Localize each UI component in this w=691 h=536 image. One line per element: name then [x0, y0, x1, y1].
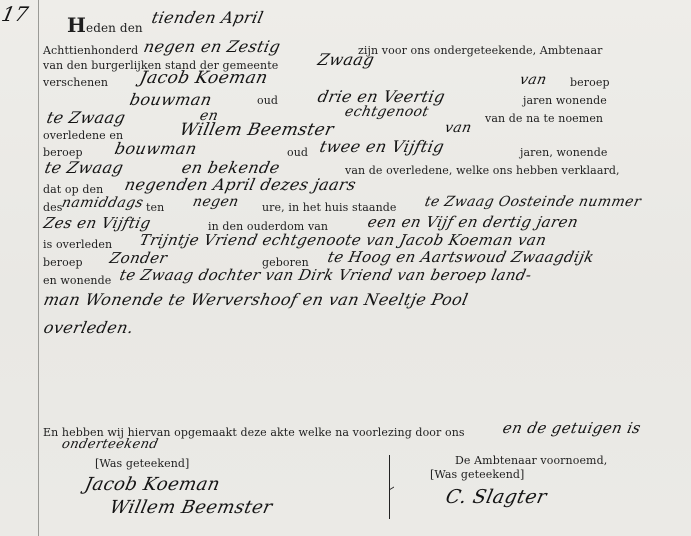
printed-beroep-3: beroep — [43, 256, 83, 269]
hw-house-number: Zes en Vijftig — [42, 214, 152, 232]
printed-line2-tail: zijn voor ons ondergeteekende, Ambtenaar — [358, 44, 603, 57]
ambtenaar-label: De Ambtenaar voornoemd, — [455, 454, 607, 467]
bracket-divider — [389, 455, 400, 519]
margin-rule — [38, 0, 39, 536]
hw-line-end: overleden. — [42, 318, 136, 337]
printed-na-te-noemen: van de na te noemen — [485, 112, 603, 125]
hw-hour: negen — [191, 194, 240, 210]
hw-closing-add2: onderteekend — [60, 437, 159, 452]
printed-achttienhonderd: Achttienhonderd — [43, 44, 138, 57]
printed-oud-1: oud — [257, 94, 278, 107]
hw-residence-1: te Zwaag — [45, 108, 127, 127]
hw-residence-2: te Zwaag — [43, 158, 125, 177]
signature-jacob-koeman: Jacob Koeman — [83, 474, 222, 495]
hw-relation-echtgenoot: echtgenoot — [343, 104, 430, 120]
printed-en-wonende: en wonende — [43, 274, 111, 287]
hw-occupation-2: bouwman — [113, 139, 199, 158]
hw-house: te Zwaag Oosteinde nummer — [423, 194, 642, 210]
printed-verschenen: verschenen — [43, 76, 108, 89]
was-geteekend-left: [Was geteekend] — [95, 457, 189, 470]
hw-line-cont: man Wonende te Wervershoof en van Neeltj… — [42, 290, 470, 309]
heden-den: Heden den — [67, 13, 143, 37]
hw-age-deceased: een en Vijf en dertig jaren — [366, 213, 580, 231]
printed-overledene-en: overledene en — [43, 129, 123, 142]
hw-birthplace: te Hoog en Aartswoud Zwaagdijk — [326, 248, 596, 266]
hw-deceased-occupation: Zonder — [108, 249, 169, 267]
hw-residence-parents: te Zwaag dochter van Dirk Vriend van ber… — [118, 266, 533, 284]
hw-age-2: twee en Vijftig — [318, 137, 446, 156]
hw-year: negen en Zestig — [142, 37, 282, 56]
hw-deceased: Trijntje Vriend echtgenoote van Jacob Ko… — [138, 231, 548, 249]
hw-occupation-1: bouwman — [128, 90, 214, 109]
hw-death-date: negenden April dezes jaars — [123, 175, 358, 194]
printed-is-overleden: is overleden — [43, 238, 112, 251]
was-geteekend-right: [Was geteekend] — [430, 468, 524, 481]
printed-verklaard: van de overledene, welke ons hebben verk… — [345, 164, 620, 177]
hw-van-1: van — [518, 72, 548, 88]
hw-van-2: van — [443, 120, 473, 136]
printed-jaren-wonende-2: jaren, wonende — [520, 146, 607, 159]
printed-beroep-1: beroep — [570, 76, 610, 89]
signature-willem-beemster: Willem Beemster — [108, 497, 275, 518]
hw-day: tienden April — [150, 8, 265, 27]
signature-ambtenaar: C. Slagter — [444, 486, 549, 508]
margin-record-number: 17 — [0, 2, 31, 26]
heden-initial: H — [67, 13, 86, 37]
hw-declarant1-name: Jacob Koeman — [138, 68, 270, 88]
hw-time-of-day: namiddags — [60, 195, 145, 211]
printed-jaren-wonende-1: jaren wonende — [523, 94, 607, 107]
hw-gemeente: Zwaag — [316, 50, 376, 69]
printed-des: des — [43, 201, 63, 214]
printed-oud-2: oud — [287, 146, 308, 159]
heden-rest: eden den — [86, 21, 143, 35]
hw-declarant2-name: Willem Beemster — [178, 120, 336, 140]
hw-closing-add: en de getuigen is — [501, 419, 643, 437]
printed-ten: ten — [146, 201, 164, 214]
document-page: 17 Heden den tienden April Achttienhonde… — [0, 0, 691, 536]
